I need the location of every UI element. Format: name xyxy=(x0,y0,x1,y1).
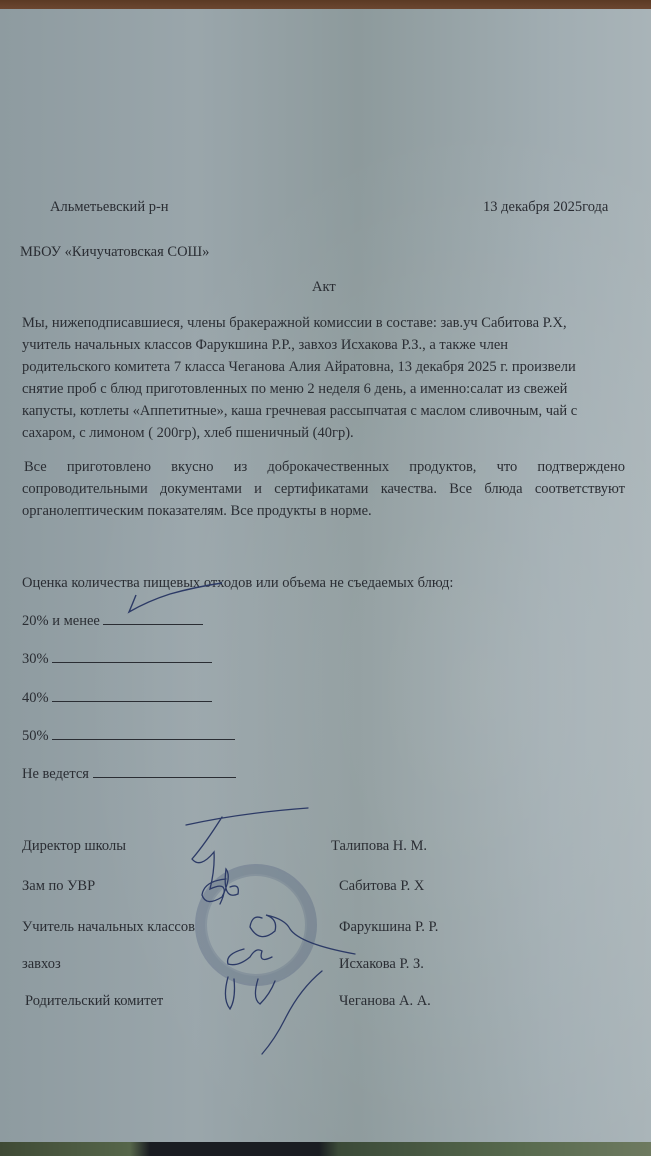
background-bottom xyxy=(0,1142,651,1156)
handwritten-signatures xyxy=(0,9,651,1143)
paper-sheet: Альметьевский р-н 13 декабря 2025года МБ… xyxy=(0,9,651,1143)
table-surface-top xyxy=(0,0,651,9)
